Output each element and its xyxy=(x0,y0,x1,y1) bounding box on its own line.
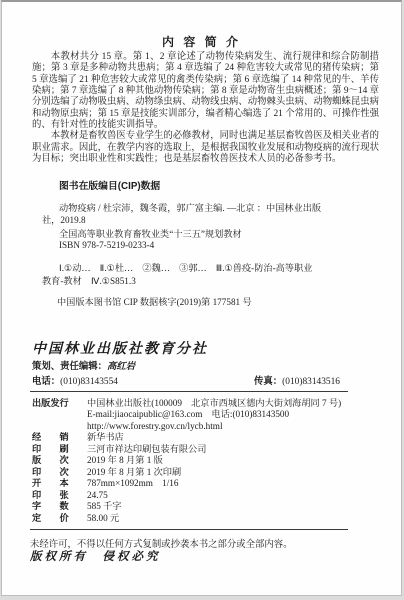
fax-label: 传真： xyxy=(254,375,282,386)
pub-value: 585 千字 xyxy=(87,501,121,512)
cip-classification-line-1: Ⅰ.①动… Ⅱ.①杜… ②魏… ③郭… Ⅲ.①兽疫-防治-高等职业 xyxy=(59,260,312,274)
publication-info: 出版发行中国林业出版社(100009 北京市西城区德内大街刘海胡同 7 号) E… xyxy=(32,398,377,524)
pub-label: 印 刷 xyxy=(32,444,87,455)
pub-row-printer: 印 刷三河市祥达印刷包装有限公司 xyxy=(32,444,377,455)
copyright-page: 内 容 简 介 本教材共分 15 章。第 1、2 章论述了动物传染病发生、流行规… xyxy=(1,0,402,596)
pub-label: 印 次 xyxy=(32,467,87,478)
pub-row-distributor: 经 销新华书店 xyxy=(32,432,377,443)
pub-label: 印 张 xyxy=(32,490,87,501)
pub-label: 定 价 xyxy=(32,513,87,524)
pub-value: 2019 年 8 月第 1 次印刷 xyxy=(87,467,181,478)
fax-line: 传真：(010)83143516 xyxy=(254,373,340,387)
phone-line: 电话：(010)83143554 xyxy=(32,373,118,387)
pub-label: 开 本 xyxy=(32,478,87,489)
pub-label: 字 数 xyxy=(32,501,87,512)
divider-bottom xyxy=(30,529,348,530)
pub-value: 中国林业出版社(100009 北京市西城区德内大街刘海胡同 7 号) xyxy=(87,398,341,409)
publisher-branch-name: 中国林业出版社教育分社 xyxy=(32,338,208,358)
divider-top xyxy=(30,391,348,392)
pub-value: 787mm×1092mm 1/16 xyxy=(87,478,178,489)
pub-label: 经 销 xyxy=(32,432,87,443)
pub-row-printing: 印 次2019 年 8 月第 1 次印刷 xyxy=(32,467,377,478)
phone-number: (010)83143554 xyxy=(60,377,118,387)
rights-reserved: 版权所有 侵权必究 xyxy=(30,548,161,564)
editor-line: 策划、责任编辑：高红岩 xyxy=(32,358,135,372)
pub-value: 新华书店 xyxy=(87,432,124,443)
pub-row-format: 开 本787mm×1092mm 1/16 xyxy=(32,478,377,489)
pub-row-publisher: 出版发行中国林业出版社(100009 北京市西城区德内大街刘海胡同 7 号) xyxy=(32,398,377,409)
pub-row-sheets: 印 张24.75 xyxy=(32,490,377,501)
cip-heading: 图书在版编目(CIP)数据 xyxy=(59,178,160,192)
pub-value: 2019 年 8 月第 1 版 xyxy=(87,455,163,466)
cip-title-line-2: 社，2019.8 xyxy=(42,212,86,226)
cip-isbn: ISBN 978-7-5219-0233-4 xyxy=(59,240,154,250)
publisher-email-line: E-mail:jiaocaipublic@163.com 电话:(010)831… xyxy=(32,409,377,420)
pub-value: 24.75 xyxy=(87,490,108,501)
pub-row-price: 定 价58.00 元 xyxy=(32,513,377,524)
editor-name: 高红岩 xyxy=(107,361,135,372)
cip-record-number: 中国版本图书馆 CIP 数据核字(2019)第 177581 号 xyxy=(57,294,252,308)
publisher-url-line: http://www.forestry.gov.cn/lycb.html xyxy=(32,421,377,432)
editor-label: 策划、责任编辑： xyxy=(32,360,107,371)
pub-row-wordcount: 字 数585 千字 xyxy=(32,501,377,512)
pub-value: 三河市祥达印刷包装有限公司 xyxy=(87,444,206,455)
cip-series: 全国高等职业教育畜牧业类“十三五”规划教材 xyxy=(59,226,242,240)
pub-value: 58.00 元 xyxy=(87,513,119,524)
phone-label: 电话： xyxy=(32,375,60,386)
fax-number: (010)83143516 xyxy=(282,377,340,387)
cip-classification-line-2: 教育-教材 Ⅳ.①S851.3 xyxy=(42,273,136,287)
intro-paragraph-1: 本教材共分 15 章。第 1、2 章论述了动物传染病发生、流行规律和综合防制措施… xyxy=(32,52,379,131)
intro-heading: 内 容 简 介 xyxy=(2,33,401,50)
cip-title-line-1: 动物疫病 / 杜宗沛，魏冬霞，郭广富主编. —北京 ：中国林业出版 xyxy=(59,200,321,214)
pub-row-edition: 版 次2019 年 8 月第 1 版 xyxy=(32,455,377,466)
intro-paragraph-2: 本教材是畜牧兽医专业学生的必修教材，同时也满足基层畜牧兽医及相关业者的职业需求。… xyxy=(32,131,379,165)
pub-label: 出版发行 xyxy=(32,398,87,409)
pub-label: 版 次 xyxy=(32,455,87,466)
intro-text: 本教材共分 15 章。第 1、2 章论述了动物传染病发生、流行规律和综合防制措施… xyxy=(32,52,379,165)
